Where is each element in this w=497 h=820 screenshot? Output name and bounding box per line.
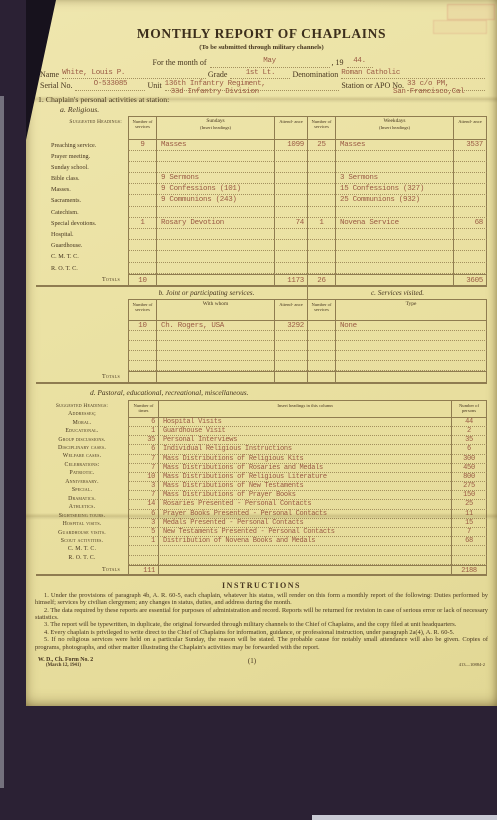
empty-cell: [156, 207, 274, 218]
form-footer: W. D., Ch. Form No. 2 (March 12, 1941) (…: [38, 657, 485, 669]
totals-label: Totals: [36, 274, 128, 287]
empty-cell: [307, 371, 335, 384]
sunday-heading-cell: 9 Confessions (101): [156, 184, 274, 195]
suggested-headings-list: Suggested Headings: Addresses; Moral. Ed…: [36, 402, 128, 563]
with-whom-title: With whom: [157, 302, 274, 307]
insert-heading-cell: Mass Distributions of Prayer Books: [158, 491, 451, 500]
empty-cell: [274, 151, 307, 162]
month-prefix-label: For the month of: [151, 58, 210, 68]
times-cell: 6: [128, 445, 158, 454]
persons-cell: 2: [451, 427, 487, 436]
insert-heading-cell: Mass Distributions of Religious Kits: [158, 455, 451, 464]
suggested-heading: Welfare cases.: [36, 452, 128, 460]
insert-heading-cell: Prayer Books Presented - Personal Contac…: [158, 510, 451, 519]
num-services-header: Number of services: [307, 299, 335, 321]
empty-cell: [335, 240, 453, 251]
attendance-cell: 3292: [274, 321, 307, 331]
empty-cell: [274, 341, 307, 351]
instruction-paragraph: 3. The report will be typewritten, in du…: [35, 621, 488, 628]
num-services-header: Number of services: [128, 299, 156, 321]
times-cell: 7: [128, 464, 158, 473]
weekdays-header: Weekdays(Insert headings): [335, 116, 453, 140]
attendance-cell: 1099: [274, 140, 307, 151]
persons-cell: 450: [451, 464, 487, 473]
empty-cell: [274, 251, 307, 262]
attendance-header: Attend- ance: [274, 116, 307, 140]
empty-cell: [156, 251, 274, 262]
scanner-edge-strip: [0, 96, 4, 788]
suggested-heading: Guardhouse visits.: [36, 529, 128, 537]
num-services-header: Number of services: [128, 116, 156, 140]
empty-cell: [156, 162, 274, 173]
insert-heading-cell: Guardhouse Visit: [158, 427, 451, 436]
stamp-mark: [433, 4, 495, 40]
insert-heading-cell: Medals Presented - Personal Contacts: [158, 519, 451, 528]
suggested-heading: Guardhouse.: [36, 240, 128, 251]
attendance-header: Attend- ance: [453, 116, 487, 140]
empty-cell: [307, 229, 335, 240]
attendance-cell: 3537: [453, 140, 487, 151]
insert-heading-cell: Personal Interviews: [158, 436, 451, 445]
suggested-headings-column: Suggested Headings: Addresses; Moral. Ed…: [36, 400, 128, 418]
empty-cell: [156, 263, 274, 274]
empty-cell: [274, 173, 307, 184]
pastoral-table: Suggested Headings: Addresses; Moral. Ed…: [36, 400, 487, 576]
instruction-paragraph: 1. Under the provisions of paragraph 4b,…: [35, 592, 488, 607]
empty-cell: [335, 207, 453, 218]
totals-label: Totals: [36, 371, 128, 384]
empty-cell: [335, 331, 487, 341]
empty-cell: [274, 351, 307, 361]
empty-cell: [335, 151, 453, 162]
instructions-section: INSTRUCTIONS 1. Under the provisions of …: [35, 581, 488, 651]
insert-heading-cell: Mass Distributions of Religious Literatu…: [158, 473, 451, 482]
empty-cell: [128, 173, 156, 184]
empty-cell: [36, 299, 128, 321]
insert-heading-cell: Mass Distributions of Rosaries and Medal…: [158, 464, 451, 473]
suggested-heading: Preaching service.: [36, 140, 128, 151]
empty-cell: [307, 184, 335, 195]
scanner-bottom-strip: [312, 815, 497, 820]
empty-cell: [274, 240, 307, 251]
suggested-heading: Educational.: [36, 427, 128, 435]
suggested-heading: C. M. T. C.: [36, 545, 128, 553]
empty-cell: [128, 263, 156, 274]
persons-cell: 68: [451, 537, 487, 546]
suggested-heading: Dramatics.: [36, 495, 128, 503]
type-cell: None: [335, 321, 487, 331]
empty-cell: [451, 546, 487, 555]
section-bc-headings: b. Joint or participating services. c. S…: [36, 287, 487, 299]
insert-heading-cell: Rosaries Presented - Personal Contacts: [158, 500, 451, 509]
empty-cell: [36, 331, 128, 341]
empty-cell: [36, 321, 128, 331]
sunday-heading-cell: Masses: [156, 140, 274, 151]
weekday-heading-cell: 15 Confessions (327): [335, 184, 453, 195]
empty-cell: [128, 229, 156, 240]
empty-cell: [128, 207, 156, 218]
totals-value: 3605: [453, 274, 487, 287]
empty-cell: [307, 361, 335, 371]
totals-value: 26: [307, 274, 335, 287]
empty-cell: [307, 351, 335, 361]
persons-cell: 7: [451, 528, 487, 537]
empty-cell: [128, 251, 156, 262]
unit-value-line2: 33d Infantry Division: [171, 88, 259, 98]
grade-label: Grade: [206, 70, 231, 80]
times-cell: 5: [128, 528, 158, 537]
form-title: MONTHLY REPORT OF CHAPLAINS: [26, 0, 497, 42]
empty-cell: [335, 351, 487, 361]
suggested-heading: R. O. T. C.: [36, 263, 128, 274]
empty-cell: [156, 371, 274, 384]
sunday-heading-cell: 9 Sermons: [156, 173, 274, 184]
section-c-heading: c. Services visited.: [307, 287, 487, 299]
num-services-cell: 9: [128, 140, 156, 151]
empty-cell: [453, 229, 487, 240]
empty-cell: [156, 331, 274, 341]
empty-cell: [307, 173, 335, 184]
name-line: Name White, Louis P. Grade 1st Lt. Denom…: [38, 69, 485, 80]
empty-cell: [36, 361, 128, 371]
name-value: White, Louis P.: [62, 69, 206, 80]
document-paper: MONTHLY REPORT OF CHAPLAINS (To be submi…: [26, 0, 497, 706]
persons-cell: 150: [451, 491, 487, 500]
empty-cell: [307, 331, 335, 341]
empty-cell: [307, 240, 335, 251]
suggested-heading: Masses.: [36, 184, 128, 195]
scan-corner-shadow: [26, 0, 56, 140]
suggested-heading: Bible class.: [36, 173, 128, 184]
num-services-header: Number of services: [307, 116, 335, 140]
empty-cell: [453, 184, 487, 195]
form-subtitle: (To be submitted through military channe…: [26, 44, 497, 51]
suggested-heading: Hospital visits.: [36, 520, 128, 528]
times-cell: 10: [128, 473, 158, 482]
year-value: 44.: [347, 57, 373, 68]
empty-cell: [274, 207, 307, 218]
joint-services-table: Number of services With whom Attend- anc…: [36, 299, 487, 384]
empty-cell: [335, 274, 453, 287]
empty-cell: [36, 351, 128, 361]
suggested-heading: Special devotions.: [36, 218, 128, 229]
year-label: , 19: [330, 58, 347, 68]
suggested-heading: Disciplinary cases.: [36, 444, 128, 452]
sundays-header: Sundays(Insert headings): [156, 116, 274, 140]
persons-cell: 11: [451, 510, 487, 519]
persons-cell: 44: [451, 418, 487, 427]
instructions-title: INSTRUCTIONS: [35, 581, 488, 590]
insert-note: (Insert headings): [379, 125, 410, 130]
empty-cell: [128, 341, 156, 351]
empty-cell: [128, 361, 156, 371]
num-services-cell: 25: [307, 140, 335, 151]
serial-line: Serial No. O-533085 Unit 136th Infantry …: [38, 80, 485, 91]
month-value: May: [210, 57, 330, 68]
empty-cell: [128, 331, 156, 341]
empty-cell: [156, 341, 274, 351]
serial-value: O-533085: [75, 80, 145, 91]
sundays-title: Sundays: [157, 119, 274, 124]
empty-cell: [128, 184, 156, 195]
empty-cell: [274, 229, 307, 240]
empty-cell: [156, 361, 274, 371]
empty-cell: [307, 263, 335, 274]
religious-table: Suggested Headings: Number of services S…: [36, 116, 487, 287]
empty-cell: [307, 207, 335, 218]
totals-label: Totals: [36, 565, 128, 576]
persons-cell: 800: [451, 473, 487, 482]
weekday-heading-cell: 3 Sermons: [335, 173, 453, 184]
times-cell: 7: [128, 455, 158, 464]
suggested-heading: R. O. T. C.: [36, 554, 128, 562]
suggested-headings-label: Suggested Headings:: [36, 402, 128, 410]
empty-cell: [128, 240, 156, 251]
grade-value: 1st Lt.: [230, 69, 290, 80]
times-cell: 3: [128, 519, 158, 528]
empty-cell: [128, 162, 156, 173]
sunday-heading-cell: 9 Communions (243): [156, 195, 274, 206]
persons-cell: 275: [451, 482, 487, 491]
empty-cell: [274, 162, 307, 173]
persons-cell: 300: [451, 455, 487, 464]
suggested-heading: Prayer meeting.: [36, 151, 128, 162]
month-line: For the month of May , 19 44.: [38, 57, 485, 68]
totals-value: 10: [128, 274, 156, 287]
page-number: (1): [248, 657, 256, 665]
insert-heading-cell: Hospital Visits: [158, 418, 451, 427]
suggested-heading: Scout activities.: [36, 537, 128, 545]
attendance-header: Attend- ance: [274, 299, 307, 321]
persons-cell: 6: [451, 445, 487, 454]
empty-cell: [453, 151, 487, 162]
empty-cell: [128, 151, 156, 162]
times-cell: 6: [128, 418, 158, 427]
insert-note: (Insert headings): [200, 125, 231, 130]
insert-heading-cell: Individual Religious Instructions: [158, 445, 451, 454]
weekdays-title: Weekdays: [336, 119, 453, 124]
times-cell: 3: [128, 482, 158, 491]
type-title: Type: [336, 302, 486, 307]
weekday-heading-cell: 25 Communions (932): [335, 195, 453, 206]
empty-cell: [451, 556, 487, 565]
denomination-label: Denomination: [290, 70, 341, 80]
empty-cell: [307, 162, 335, 173]
empty-cell: [335, 263, 453, 274]
num-services-cell: 10: [128, 321, 156, 331]
empty-cell: [158, 565, 451, 576]
empty-cell: [158, 556, 451, 565]
persons-cell: 35: [451, 436, 487, 445]
empty-cell: [156, 240, 274, 251]
empty-cell: [453, 173, 487, 184]
empty-cell: [156, 229, 274, 240]
empty-cell: [335, 162, 453, 173]
form-id-block: W. D., Ch. Form No. 2 (March 12, 1941): [38, 657, 93, 669]
times-cell: 1: [128, 537, 158, 546]
persons-header: Number of persons: [451, 400, 487, 418]
unit-label: Unit: [145, 81, 164, 91]
empty-cell: [274, 263, 307, 274]
totals-value: 111: [128, 565, 158, 576]
type-header: Type: [335, 299, 487, 321]
insert-header: Insert headings in this column: [158, 400, 451, 418]
unit-value: 136th Infantry Regiment, 33d Infantry Di…: [165, 80, 340, 91]
station-value-line2: San Francisco,Cal: [393, 88, 464, 98]
suggested-heading: C. M. T. C.: [36, 251, 128, 262]
empty-cell: [453, 162, 487, 173]
instruction-paragraph: 2. The data required by these reports ar…: [35, 607, 488, 622]
empty-cell: [156, 351, 274, 361]
section-a-heading: a. Religious.: [60, 105, 497, 114]
empty-cell: [307, 195, 335, 206]
empty-cell: [307, 251, 335, 262]
with-whom-cell: Ch. Rogers, USA: [156, 321, 274, 331]
times-header: Number of times: [128, 400, 158, 418]
with-whom-header: With whom: [156, 299, 274, 321]
suggested-heading: Sightseeing tours.: [36, 512, 128, 520]
insert-heading-cell: Distribution of Novena Books and Medals: [158, 537, 451, 546]
suggested-heading: Patriotic.: [36, 469, 128, 477]
times-cell: 35: [128, 436, 158, 445]
times-cell: 7: [128, 491, 158, 500]
section-d-heading: d. Pastoral, educational, recreational, …: [90, 387, 497, 398]
empty-cell: [274, 361, 307, 371]
empty-cell: [335, 361, 487, 371]
empty-cell: [274, 331, 307, 341]
form-revision-date: (March 12, 1941): [38, 663, 93, 668]
empty-cell: [274, 184, 307, 195]
instruction-paragraph: 5. If no religious services were held on…: [35, 636, 488, 651]
empty-cell: [128, 351, 156, 361]
empty-cell: [453, 195, 487, 206]
times-cell: 14: [128, 500, 158, 509]
empty-cell: [156, 151, 274, 162]
empty-cell: [158, 546, 451, 555]
empty-cell: [453, 207, 487, 218]
empty-cell: [453, 263, 487, 274]
suggested-heading: Sunday school.: [36, 162, 128, 173]
empty-cell: [274, 371, 307, 384]
totals-value: 2188: [451, 565, 487, 576]
section-b-heading: b. Joint or participating services.: [36, 287, 307, 299]
insert-heading-cell: New Testaments Presented - Personal Cont…: [158, 528, 451, 537]
persons-cell: 25: [451, 500, 487, 509]
empty-cell: [307, 321, 335, 331]
num-services-cell: 1: [307, 218, 335, 229]
insert-heading-cell: Mass Distributions of New Testaments: [158, 482, 451, 491]
persons-cell: 15: [451, 519, 487, 528]
empty-cell: [335, 229, 453, 240]
times-cell: 6: [128, 510, 158, 519]
empty-cell: [128, 556, 158, 565]
suggested-heading: Group discussions.: [36, 436, 128, 444]
suggested-heading: Addresses;: [36, 410, 128, 418]
suggested-heading: Catechism.: [36, 207, 128, 218]
suggested-heading: Anniversary.: [36, 478, 128, 486]
empty-cell: [156, 274, 274, 287]
suggested-heading: Hospital.: [36, 229, 128, 240]
attendance-cell: 74: [274, 218, 307, 229]
num-services-cell: 1: [128, 218, 156, 229]
attendance-cell: 68: [453, 218, 487, 229]
empty-cell: [274, 195, 307, 206]
times-cell: 1: [128, 427, 158, 436]
instruction-paragraph: 4. Every chaplain is privileged to write…: [35, 629, 488, 636]
denomination-value: Roman Catholic: [341, 69, 485, 80]
weekday-heading-cell: Masses: [335, 140, 453, 151]
suggested-heading: Celebrations:: [36, 461, 128, 469]
suggested-heading: Moral.: [36, 419, 128, 427]
scan-background: MONTHLY REPORT OF CHAPLAINS (To be submi…: [0, 0, 497, 820]
weekday-heading-cell: Novena Service: [335, 218, 453, 229]
totals-value: 1173: [274, 274, 307, 287]
station-value: 33 c/o PM, San Francisco,Cal: [407, 80, 485, 91]
empty-cell: [307, 151, 335, 162]
empty-cell: [128, 371, 156, 384]
empty-cell: [36, 341, 128, 351]
empty-cell: [335, 371, 487, 384]
empty-cell: [335, 341, 487, 351]
suggested-heading: Athletics.: [36, 503, 128, 511]
empty-cell: [128, 546, 158, 555]
sunday-heading-cell: Rosary Devotion: [156, 218, 274, 229]
empty-cell: [128, 195, 156, 206]
empty-cell: [453, 240, 487, 251]
print-code: 413—10884-2: [459, 662, 485, 667]
suggested-heading: Sacraments.: [36, 195, 128, 206]
empty-cell: [335, 251, 453, 262]
suggested-heading: Special.: [36, 486, 128, 494]
empty-cell: [307, 341, 335, 351]
empty-cell: [453, 251, 487, 262]
